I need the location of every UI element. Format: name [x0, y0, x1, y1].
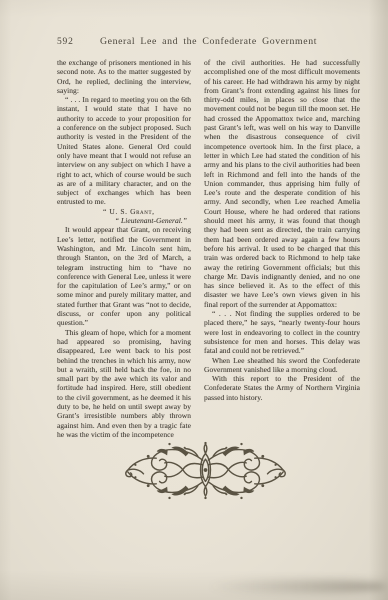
- paragraph: the exchange of prisoners mentioned in h…: [57, 58, 191, 95]
- book-page-scan: 592 General Lee and the Confederate Gove…: [0, 0, 388, 600]
- signature-name: “ U. S. Grant,: [57, 207, 191, 216]
- page-title: General Lee and the Confederate Governme…: [57, 36, 360, 47]
- running-header: 592 General Lee and the Confederate Gove…: [57, 36, 360, 49]
- page-number: 592: [57, 37, 74, 47]
- floral-tailpiece-icon: [125, 440, 286, 502]
- paragraph: of the civil authorities. He had success…: [204, 58, 360, 309]
- page-edge-shadow: [206, 580, 386, 593]
- paragraph: “ . . . In regard to meeting you on the …: [57, 95, 191, 207]
- right-column: of the civil authorities. He had success…: [204, 58, 360, 439]
- paragraph: It would appear that Grant, on receiving…: [57, 225, 191, 327]
- paragraph: This gleam of hope, which for a moment h…: [57, 328, 191, 440]
- paragraph: “ . . . Not finding the supplies ordered…: [204, 309, 360, 355]
- paragraph: With this report to the President of the…: [204, 374, 360, 402]
- text-columns: the exchange of prisoners mentioned in h…: [57, 58, 360, 439]
- signature-rank: “ Lieutenant-General.”: [57, 216, 191, 225]
- paragraph: When Lee sheathed his sword the Confeder…: [204, 356, 360, 375]
- left-column: the exchange of prisoners mentioned in h…: [57, 58, 191, 439]
